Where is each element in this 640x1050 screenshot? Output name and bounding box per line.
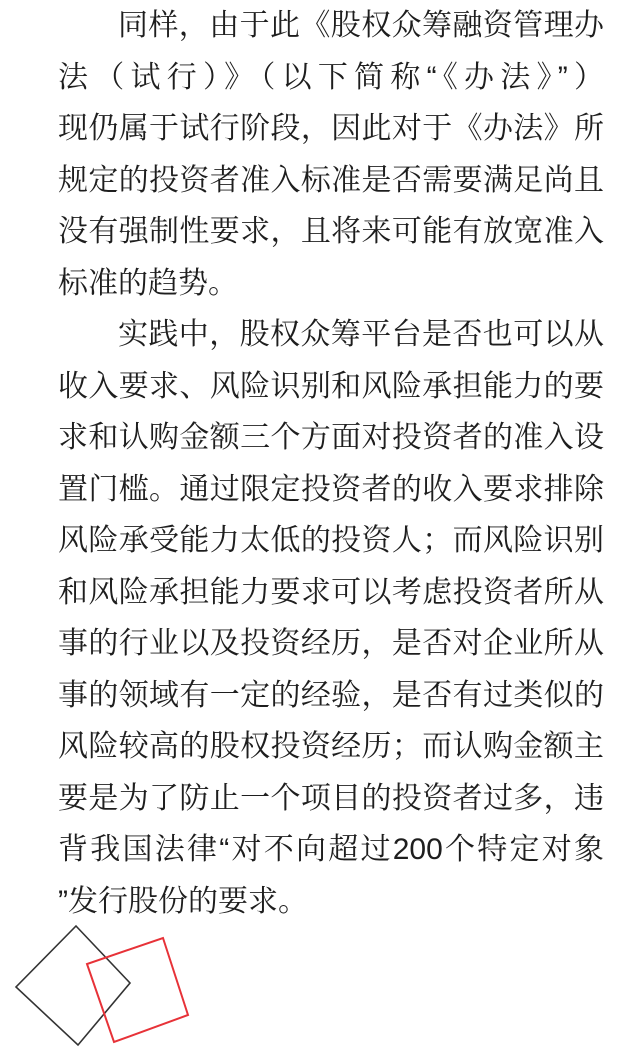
text-line: 规定的投资者准入标准是否需要满足尚且 (58, 155, 604, 207)
text-line: 标准的趋势。 (58, 258, 604, 310)
text-line: 和风险承担能力要求可以考虑投资者所从 (58, 567, 604, 619)
black-square-outline-icon (16, 926, 130, 1045)
paragraph: 实践中，股权众筹平台是否也可以从收入要求、风险识别和风险承担能力的要求和认购金额… (58, 309, 604, 927)
text-line: 求和认购金额三个方面对投资者的准入设 (58, 412, 604, 464)
text-line: 背我国法律“对不向超过200个特定对象 (58, 824, 604, 876)
text-line: 要是为了防止一个项目的投资者过多，违 (58, 773, 604, 825)
text-line: 现仍属于试行阶段，因此对于《办法》所 (58, 103, 604, 155)
text-line: 置门槛。通过限定投资者的收入要求排除 (58, 464, 604, 516)
text-line: 收入要求、风险识别和风险承担能力的要 (58, 361, 604, 413)
text-line: 没有强制性要求，且将来可能有放宽准入 (58, 206, 604, 258)
text-line: 风险承受能力太低的投资人；而风险识别 (58, 515, 604, 567)
paragraph: 同样，由于此《股权众筹融资管理办法（试行）》（以下简称“《办法》”）现仍属于试行… (58, 0, 604, 309)
text-line: 事的领域有一定的经验，是否有过类似的 (58, 670, 604, 722)
text-line: 实践中，股权众筹平台是否也可以从 (58, 309, 604, 361)
text-line: 事的行业以及投资经历，是否对企业所从 (58, 618, 604, 670)
decorative-overlapping-squares (0, 905, 200, 1050)
text-line: 法（试行）》（以下简称“《办法》”） (58, 52, 604, 104)
text-line: 同样，由于此《股权众筹融资管理办 (58, 0, 604, 52)
document-page: 同样，由于此《股权众筹融资管理办法（试行）》（以下简称“《办法》”）现仍属于试行… (0, 0, 640, 1050)
text-line: 风险较高的股权投资经历；而认购金额主 (58, 721, 604, 773)
document-text: 同样，由于此《股权众筹融资管理办法（试行）》（以下简称“《办法》”）现仍属于试行… (58, 0, 604, 927)
